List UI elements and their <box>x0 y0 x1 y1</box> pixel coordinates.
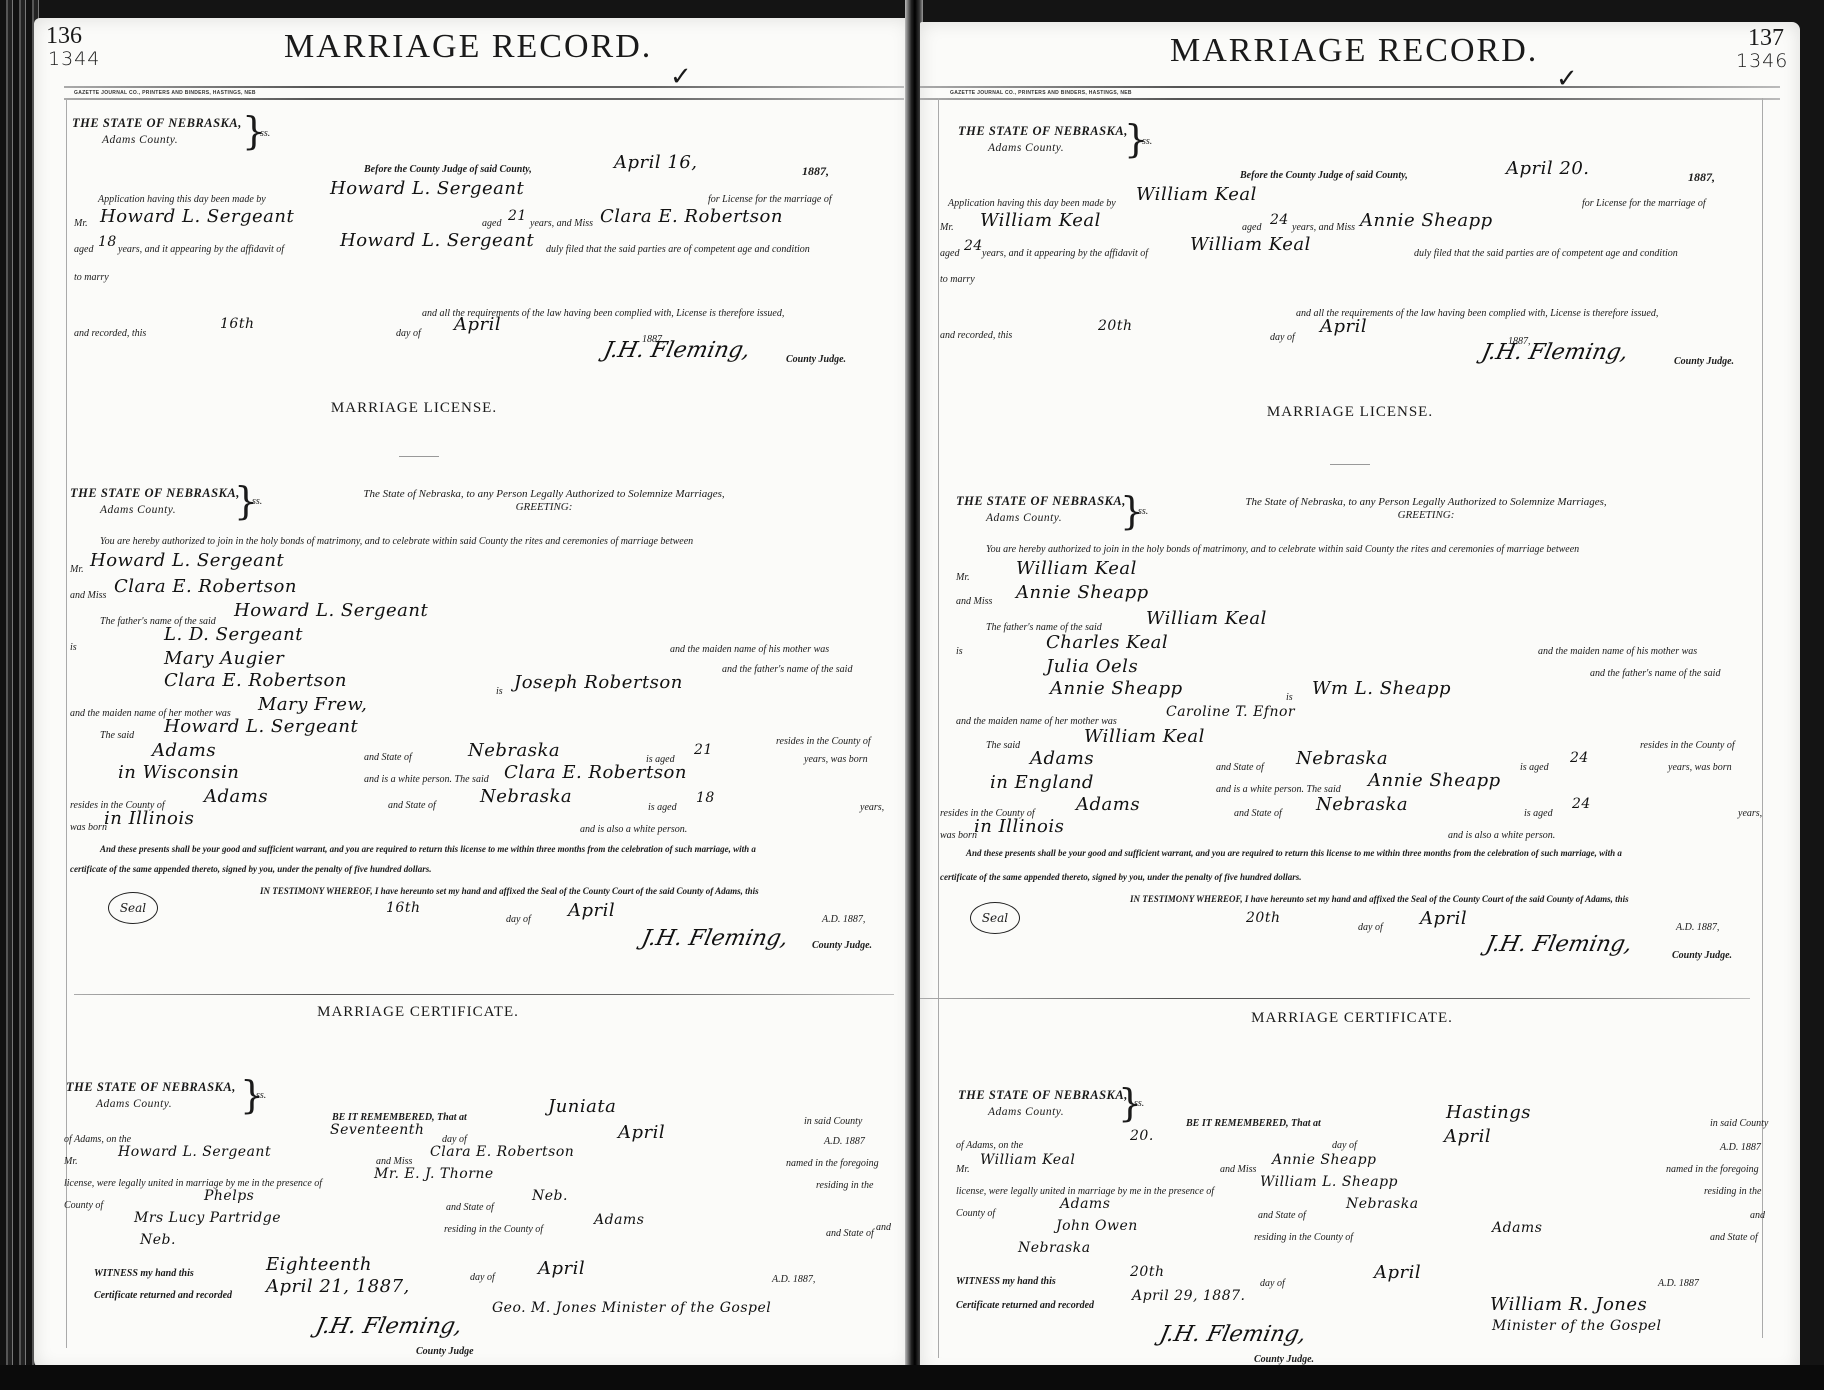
label: Mr. <box>70 564 84 575</box>
bride-age: 24 <box>1572 796 1591 812</box>
bride-state: Nebraska <box>480 786 572 807</box>
label: and Miss <box>956 596 992 607</box>
marriage-month: April <box>618 1122 665 1143</box>
label: was born <box>70 822 107 833</box>
bride-age: 24 <box>964 238 983 254</box>
label: of Adams, on the <box>956 1140 1023 1151</box>
label: You are hereby authorized to join in the… <box>100 536 693 547</box>
header-rule <box>64 98 904 100</box>
label: and State of <box>364 752 412 763</box>
seal-icon: Seal <box>970 902 1020 934</box>
greeting: The State of Nebraska, to any Person Leg… <box>1206 496 1646 521</box>
label: and is also a white person. <box>1448 830 1555 841</box>
affiant-name: Howard L. Sergeant <box>340 230 534 251</box>
greeting-word: GREETING: <box>1206 509 1646 522</box>
label: is aged <box>1524 808 1553 819</box>
label: A.D. 1887 <box>1720 1142 1761 1153</box>
label: resides in the County of <box>1640 740 1735 751</box>
label: and the maiden name of his mother was <box>670 644 829 655</box>
state-heading: THE STATE OF NEBRASKA, Adams County. <box>958 122 1128 157</box>
witness-two-state: Neb. <box>140 1232 176 1248</box>
groom-age: 24 <box>1570 750 1589 766</box>
witness-two-state: Nebraska <box>1018 1240 1091 1256</box>
bride-name: Clara E. Robertson <box>600 206 783 227</box>
label: aged <box>482 218 501 229</box>
label: is aged <box>1520 762 1549 773</box>
label: years, <box>860 802 884 813</box>
marriage-place: Hastings <box>1446 1102 1531 1123</box>
bride-name: Clara E. Robertson <box>114 576 297 597</box>
state-name: THE STATE OF NEBRASKA, <box>70 486 240 500</box>
label: day of <box>1332 1140 1357 1151</box>
label: duly filed that the said parties are of … <box>546 244 810 255</box>
label: and State of <box>446 1202 494 1213</box>
groom-father: Charles Keal <box>1046 632 1168 653</box>
label: Certificate returned and recorded <box>956 1300 1094 1311</box>
section-rule <box>920 998 1750 999</box>
groom-age: 24 <box>1270 212 1289 228</box>
groom-name: Howard L. Sergeant <box>118 1144 271 1160</box>
label: and the father's name of the said <box>1590 668 1720 679</box>
left-page: 136 1344 MARRIAGE RECORD. ✓ GAZETTE JOUR… <box>34 18 910 1370</box>
printer-imprint: GAZETTE JOURNAL CO., PRINTERS AND BINDER… <box>74 90 256 96</box>
groom-age: 21 <box>694 742 713 758</box>
label: and State of <box>826 1228 874 1239</box>
label: to marry <box>74 272 109 283</box>
certificate-heading: MARRIAGE CERTIFICATE. <box>1202 1010 1502 1027</box>
groom-name: William Keal <box>980 210 1101 231</box>
label: residing in the <box>816 1180 873 1191</box>
affiant-name: William Keal <box>1190 234 1311 255</box>
printer-imprint: GAZETTE JOURNAL CO., PRINTERS AND BINDER… <box>950 90 1132 96</box>
groom-said: William Keal <box>1084 726 1205 747</box>
label: Before the County Judge of said County, <box>364 164 532 175</box>
label: aged <box>1242 222 1261 233</box>
section-rule <box>74 994 894 995</box>
testimony-day: 20th <box>1246 910 1280 926</box>
label: A.D. 1887, <box>1676 922 1719 933</box>
bride-state: Nebraska <box>1316 794 1408 815</box>
greeting-line: The State of Nebraska, to any Person Leg… <box>324 488 764 501</box>
ss-mark: ss. <box>260 128 270 139</box>
label: named in the foregoing <box>786 1158 879 1169</box>
label: in said County <box>804 1116 862 1127</box>
license-heading: MARRIAGE LICENSE. <box>264 400 564 417</box>
groom-mother: Mary Augier <box>164 648 284 669</box>
margin-line <box>1762 98 1763 1338</box>
label: aged <box>74 244 93 255</box>
bride-name: Annie Sheapp <box>1360 210 1493 231</box>
label: is <box>956 646 963 657</box>
witness-two-county: Adams <box>594 1212 644 1228</box>
groom-mother: Julia Oels <box>1046 656 1138 677</box>
bride-birthplace: in Illinois <box>974 816 1064 837</box>
county-name: Adams County. <box>66 1096 236 1113</box>
bride-county: Adams <box>1076 794 1140 815</box>
county-name: Adams County. <box>70 502 240 519</box>
witness-month: April <box>538 1258 585 1279</box>
judge-signature: J.H. Fleming, <box>639 926 790 951</box>
page-title: MARRIAGE RECORD. <box>1170 32 1538 70</box>
groom-reference: Howard L. Sergeant <box>234 600 428 621</box>
label: is <box>496 686 503 697</box>
county-name: Adams County. <box>958 1104 1128 1121</box>
groom-birthplace: in Wisconsin <box>118 762 239 783</box>
testimony-text: IN TESTIMONY WHEREOF, I have hereunto se… <box>1130 894 1629 904</box>
label: and Miss <box>70 590 106 601</box>
header-rule <box>920 98 1780 100</box>
label: You are hereby authorized to join in the… <box>986 544 1579 555</box>
label: County of <box>956 1208 995 1219</box>
groom-name: Howard L. Sergeant <box>100 206 294 227</box>
label: A.D. 1887 <box>824 1136 865 1147</box>
witness-one-state: Nebraska <box>1346 1196 1419 1212</box>
state-heading: THE STATE OF NEBRASKA, Adams County. <box>956 492 1126 527</box>
testimony-month: April <box>568 900 615 921</box>
greeting-word: GREETING: <box>324 501 764 514</box>
bride-age: 18 <box>98 234 117 250</box>
label: Mr. <box>64 1156 78 1167</box>
state-name: THE STATE OF NEBRASKA, <box>956 494 1126 508</box>
seal-icon: Seal <box>108 892 158 924</box>
groom-birthplace: in England <box>990 772 1094 793</box>
warrant-text: certificate of the same appended thereto… <box>70 864 431 874</box>
bride-father: Wm L. Sheapp <box>1312 678 1451 699</box>
judge-signature: J.H. Fleming, <box>1157 1322 1308 1347</box>
officiant-signature: Geo. M. Jones Minister of the Gospel <box>492 1300 771 1316</box>
groom-county: Adams <box>1030 748 1094 769</box>
recorded-month: April <box>1320 316 1367 337</box>
label: and <box>1750 1210 1765 1221</box>
bride-reference: Annie Sheapp <box>1050 678 1183 699</box>
label: Mr. <box>74 218 88 229</box>
returned-date: April 29, 1887. <box>1132 1288 1245 1304</box>
testimony-month: April <box>1420 908 1467 929</box>
check-mark-icon: ✓ <box>1556 64 1578 94</box>
label: in said County <box>1710 1118 1768 1129</box>
label: day of <box>1358 922 1383 933</box>
groom-reference: William Keal <box>1146 608 1267 629</box>
groom-father: L. D. Sergeant <box>164 624 303 645</box>
label: named in the foregoing <box>1666 1164 1759 1175</box>
groom-name: William Keal <box>980 1152 1075 1168</box>
state-name: THE STATE OF NEBRASKA, <box>958 124 1128 138</box>
application-date: April 16, <box>614 152 698 173</box>
divider <box>1330 464 1370 465</box>
label: Mr. <box>956 572 970 583</box>
label: and recorded, this <box>940 330 1012 341</box>
label: was born <box>940 830 977 841</box>
judge-signature: J.H. Fleming, <box>1483 932 1634 957</box>
bride-mother: Mary Frew, <box>258 694 367 715</box>
marriage-place: Juniata <box>548 1096 616 1117</box>
label: County of <box>64 1200 103 1211</box>
bride-said: Clara E. Robertson <box>504 762 687 783</box>
state-name: THE STATE OF NEBRASKA, <box>66 1080 236 1094</box>
warrant-text: certificate of the same appended thereto… <box>940 872 1301 882</box>
label: resides in the County of <box>776 736 871 747</box>
label: residing in the County of <box>1254 1232 1353 1243</box>
right-page: 137 1346 MARRIAGE RECORD. ✓ GAZETTE JOUR… <box>920 22 1800 1374</box>
label: Application having this day been made by <box>98 194 266 205</box>
page-title: MARRIAGE RECORD. <box>284 28 652 66</box>
recorded-month: April <box>454 314 501 335</box>
label: and <box>876 1222 891 1233</box>
state-name: THE STATE OF NEBRASKA, <box>72 116 242 130</box>
label: and Miss <box>1220 1164 1256 1175</box>
bride-birthplace: in Illinois <box>104 808 194 829</box>
label: and State of <box>1234 808 1282 819</box>
greeting-line: The State of Nebraska, to any Person Leg… <box>1206 496 1646 509</box>
witness-one-county: Phelps <box>204 1188 254 1204</box>
bride-mother: Caroline T. Efnor <box>1166 704 1295 720</box>
warrant-text: And these presents shall be your good an… <box>100 844 756 854</box>
groom-state: Nebraska <box>468 740 560 761</box>
label: A.D. 1887, <box>822 914 865 925</box>
label: Mr. <box>940 222 954 233</box>
label: duly filed that the said parties are of … <box>1414 248 1678 259</box>
judge-title: County Judge. <box>1672 950 1732 961</box>
marriage-day: 20. <box>1130 1128 1154 1144</box>
bride-name: Annie Sheapp <box>1272 1152 1377 1168</box>
page-number: 137 <box>1748 26 1784 50</box>
state-name: THE STATE OF NEBRASKA, <box>958 1088 1128 1102</box>
divider <box>399 456 439 457</box>
label: The said <box>986 740 1020 751</box>
recorded-day: 16th <box>220 316 254 332</box>
label: years, was born <box>804 754 868 765</box>
label: is <box>1286 692 1293 703</box>
witness-day: 20th <box>1130 1264 1164 1280</box>
bride-name: Annie Sheapp <box>1016 582 1149 603</box>
label: years, <box>1738 808 1762 819</box>
state-heading: THE STATE OF NEBRASKA, Adams County. <box>70 484 240 519</box>
judge-title: County Judge. <box>1254 1354 1314 1365</box>
label: and the father's name of the said <box>722 664 852 675</box>
state-heading: THE STATE OF NEBRASKA, Adams County. <box>958 1086 1128 1121</box>
label: day of <box>506 914 531 925</box>
label: aged <box>940 248 959 259</box>
ss-mark: ss. <box>1138 506 1148 517</box>
greeting: The State of Nebraska, to any Person Leg… <box>324 488 764 513</box>
label: and the maiden name of his mother was <box>1538 646 1697 657</box>
label: is aged <box>648 802 677 813</box>
marriage-day: Seventeenth <box>330 1122 424 1138</box>
label: to marry <box>940 274 975 285</box>
witness-one: William L. Sheapp <box>1260 1174 1398 1190</box>
label: day of <box>396 328 421 339</box>
label: The said <box>100 730 134 741</box>
ledger-book: 136 1344 MARRIAGE RECORD. ✓ GAZETTE JOUR… <box>0 0 1824 1390</box>
margin-line <box>938 98 939 1358</box>
label: years, and it appearing by the affidavit… <box>982 248 1148 259</box>
groom-county: Adams <box>152 740 216 761</box>
witness-two-county: Adams <box>1492 1220 1542 1236</box>
bride-name: Clara E. Robertson <box>430 1144 574 1160</box>
label: day of <box>1270 332 1295 343</box>
officiant-signature: William R. Jones <box>1490 1294 1647 1315</box>
label: license, were legally united in marriage… <box>64 1178 322 1189</box>
label: BE IT REMEMBERED, That at <box>1186 1118 1321 1129</box>
label: residing in the County of <box>444 1224 543 1235</box>
header-rule <box>920 86 1780 88</box>
page-number: 136 <box>46 24 82 48</box>
judge-title: County Judge. <box>786 354 846 365</box>
returned-date: April 21, 1887, <box>266 1276 410 1297</box>
application-year: 1887, <box>802 164 829 179</box>
state-heading: THE STATE OF NEBRASKA, Adams County. <box>66 1078 236 1113</box>
judge-signature: J.H. Fleming, <box>601 338 752 363</box>
judge-title: County Judge. <box>1674 356 1734 367</box>
label: for License for the marriage of <box>1582 198 1706 209</box>
label: and is a white person. The said <box>364 774 489 785</box>
label: Mr. <box>956 1164 970 1175</box>
label: and is also a white person. <box>580 824 687 835</box>
witness-two: John Owen <box>1056 1218 1138 1234</box>
judge-title: County Judge <box>416 1346 474 1357</box>
label: A.D. 1887, <box>772 1274 815 1285</box>
label: day of <box>470 1272 495 1283</box>
label: and State of <box>1710 1232 1758 1243</box>
bride-county: Adams <box>204 786 268 807</box>
officiant-title: Minister of the Gospel <box>1492 1318 1662 1334</box>
bride-father: Joseph Robertson <box>514 672 683 693</box>
county-name: Adams County. <box>72 132 242 149</box>
groom-name: Howard L. Sergeant <box>90 550 284 571</box>
label: years, was born <box>1668 762 1732 773</box>
witness-one-county: Adams <box>1060 1196 1110 1212</box>
bride-age: 18 <box>696 790 715 806</box>
label: is <box>70 642 77 653</box>
witness-month: April <box>1374 1262 1421 1283</box>
witness-two: Mrs Lucy Partridge <box>134 1210 281 1226</box>
ss-mark: ss. <box>1142 136 1152 147</box>
testimony-text: IN TESTIMONY WHEREOF, I have hereunto se… <box>260 886 759 896</box>
label: Before the County Judge of said County, <box>1240 170 1408 181</box>
label: day of <box>1260 1278 1285 1289</box>
groom-state: Nebraska <box>1296 748 1388 769</box>
application-year: 1887, <box>1688 170 1715 185</box>
book-bottom-edge <box>0 1365 1824 1390</box>
header-rule <box>64 86 904 88</box>
judge-title: County Judge. <box>812 940 872 951</box>
label: and State of <box>388 800 436 811</box>
warrant-text: And these presents shall be your good an… <box>966 848 1622 858</box>
label: and State of <box>1258 1210 1306 1221</box>
marriage-month: April <box>1444 1126 1491 1147</box>
county-name: Adams County. <box>958 140 1128 157</box>
county-name: Adams County. <box>956 510 1126 527</box>
label: Application having this day been made by <box>948 198 1116 209</box>
label: and State of <box>1216 762 1264 773</box>
witness-day: Eighteenth <box>266 1254 372 1275</box>
application-date: April 20. <box>1506 158 1590 179</box>
label: residing in the <box>1704 1186 1761 1197</box>
label: years, and it appearing by the affidavit… <box>118 244 284 255</box>
testimony-day: 16th <box>386 900 420 916</box>
judge-signature: J.H. Fleming, <box>1479 340 1630 365</box>
bride-said: Annie Sheapp <box>1368 770 1501 791</box>
label: and recorded, this <box>74 328 146 339</box>
ss-mark: ss. <box>1134 1098 1144 1109</box>
label: Certificate returned and recorded <box>94 1290 232 1301</box>
witness-one-state: Neb. <box>532 1188 568 1204</box>
label: WITNESS my hand this <box>956 1276 1056 1287</box>
page-reference-number: 1346 <box>1736 50 1788 72</box>
label: years, and Miss <box>530 218 593 229</box>
applicant-name: William Keal <box>1136 184 1257 205</box>
label: A.D. 1887 <box>1658 1278 1699 1289</box>
judge-signature: J.H. Fleming, <box>313 1314 464 1339</box>
label: WITNESS my hand this <box>94 1268 194 1279</box>
bride-reference: Clara E. Robertson <box>164 670 347 691</box>
license-heading: MARRIAGE LICENSE. <box>1200 404 1500 421</box>
witness-one: Mr. E. J. Thorne <box>374 1166 494 1182</box>
state-heading: THE STATE OF NEBRASKA, Adams County. <box>72 114 242 149</box>
certificate-heading: MARRIAGE CERTIFICATE. <box>268 1004 568 1021</box>
groom-said: Howard L. Sergeant <box>164 716 358 737</box>
groom-age: 21 <box>508 208 527 224</box>
ss-mark: ss. <box>256 1090 266 1101</box>
applicant-name: Howard L. Sergeant <box>330 178 524 199</box>
ss-mark: ss. <box>252 496 262 507</box>
groom-name: William Keal <box>1016 558 1137 579</box>
recorded-day: 20th <box>1098 318 1132 334</box>
label: for License for the marriage of <box>708 194 832 205</box>
page-reference-number: 1344 <box>48 48 100 70</box>
label: years, and Miss <box>1292 222 1355 233</box>
